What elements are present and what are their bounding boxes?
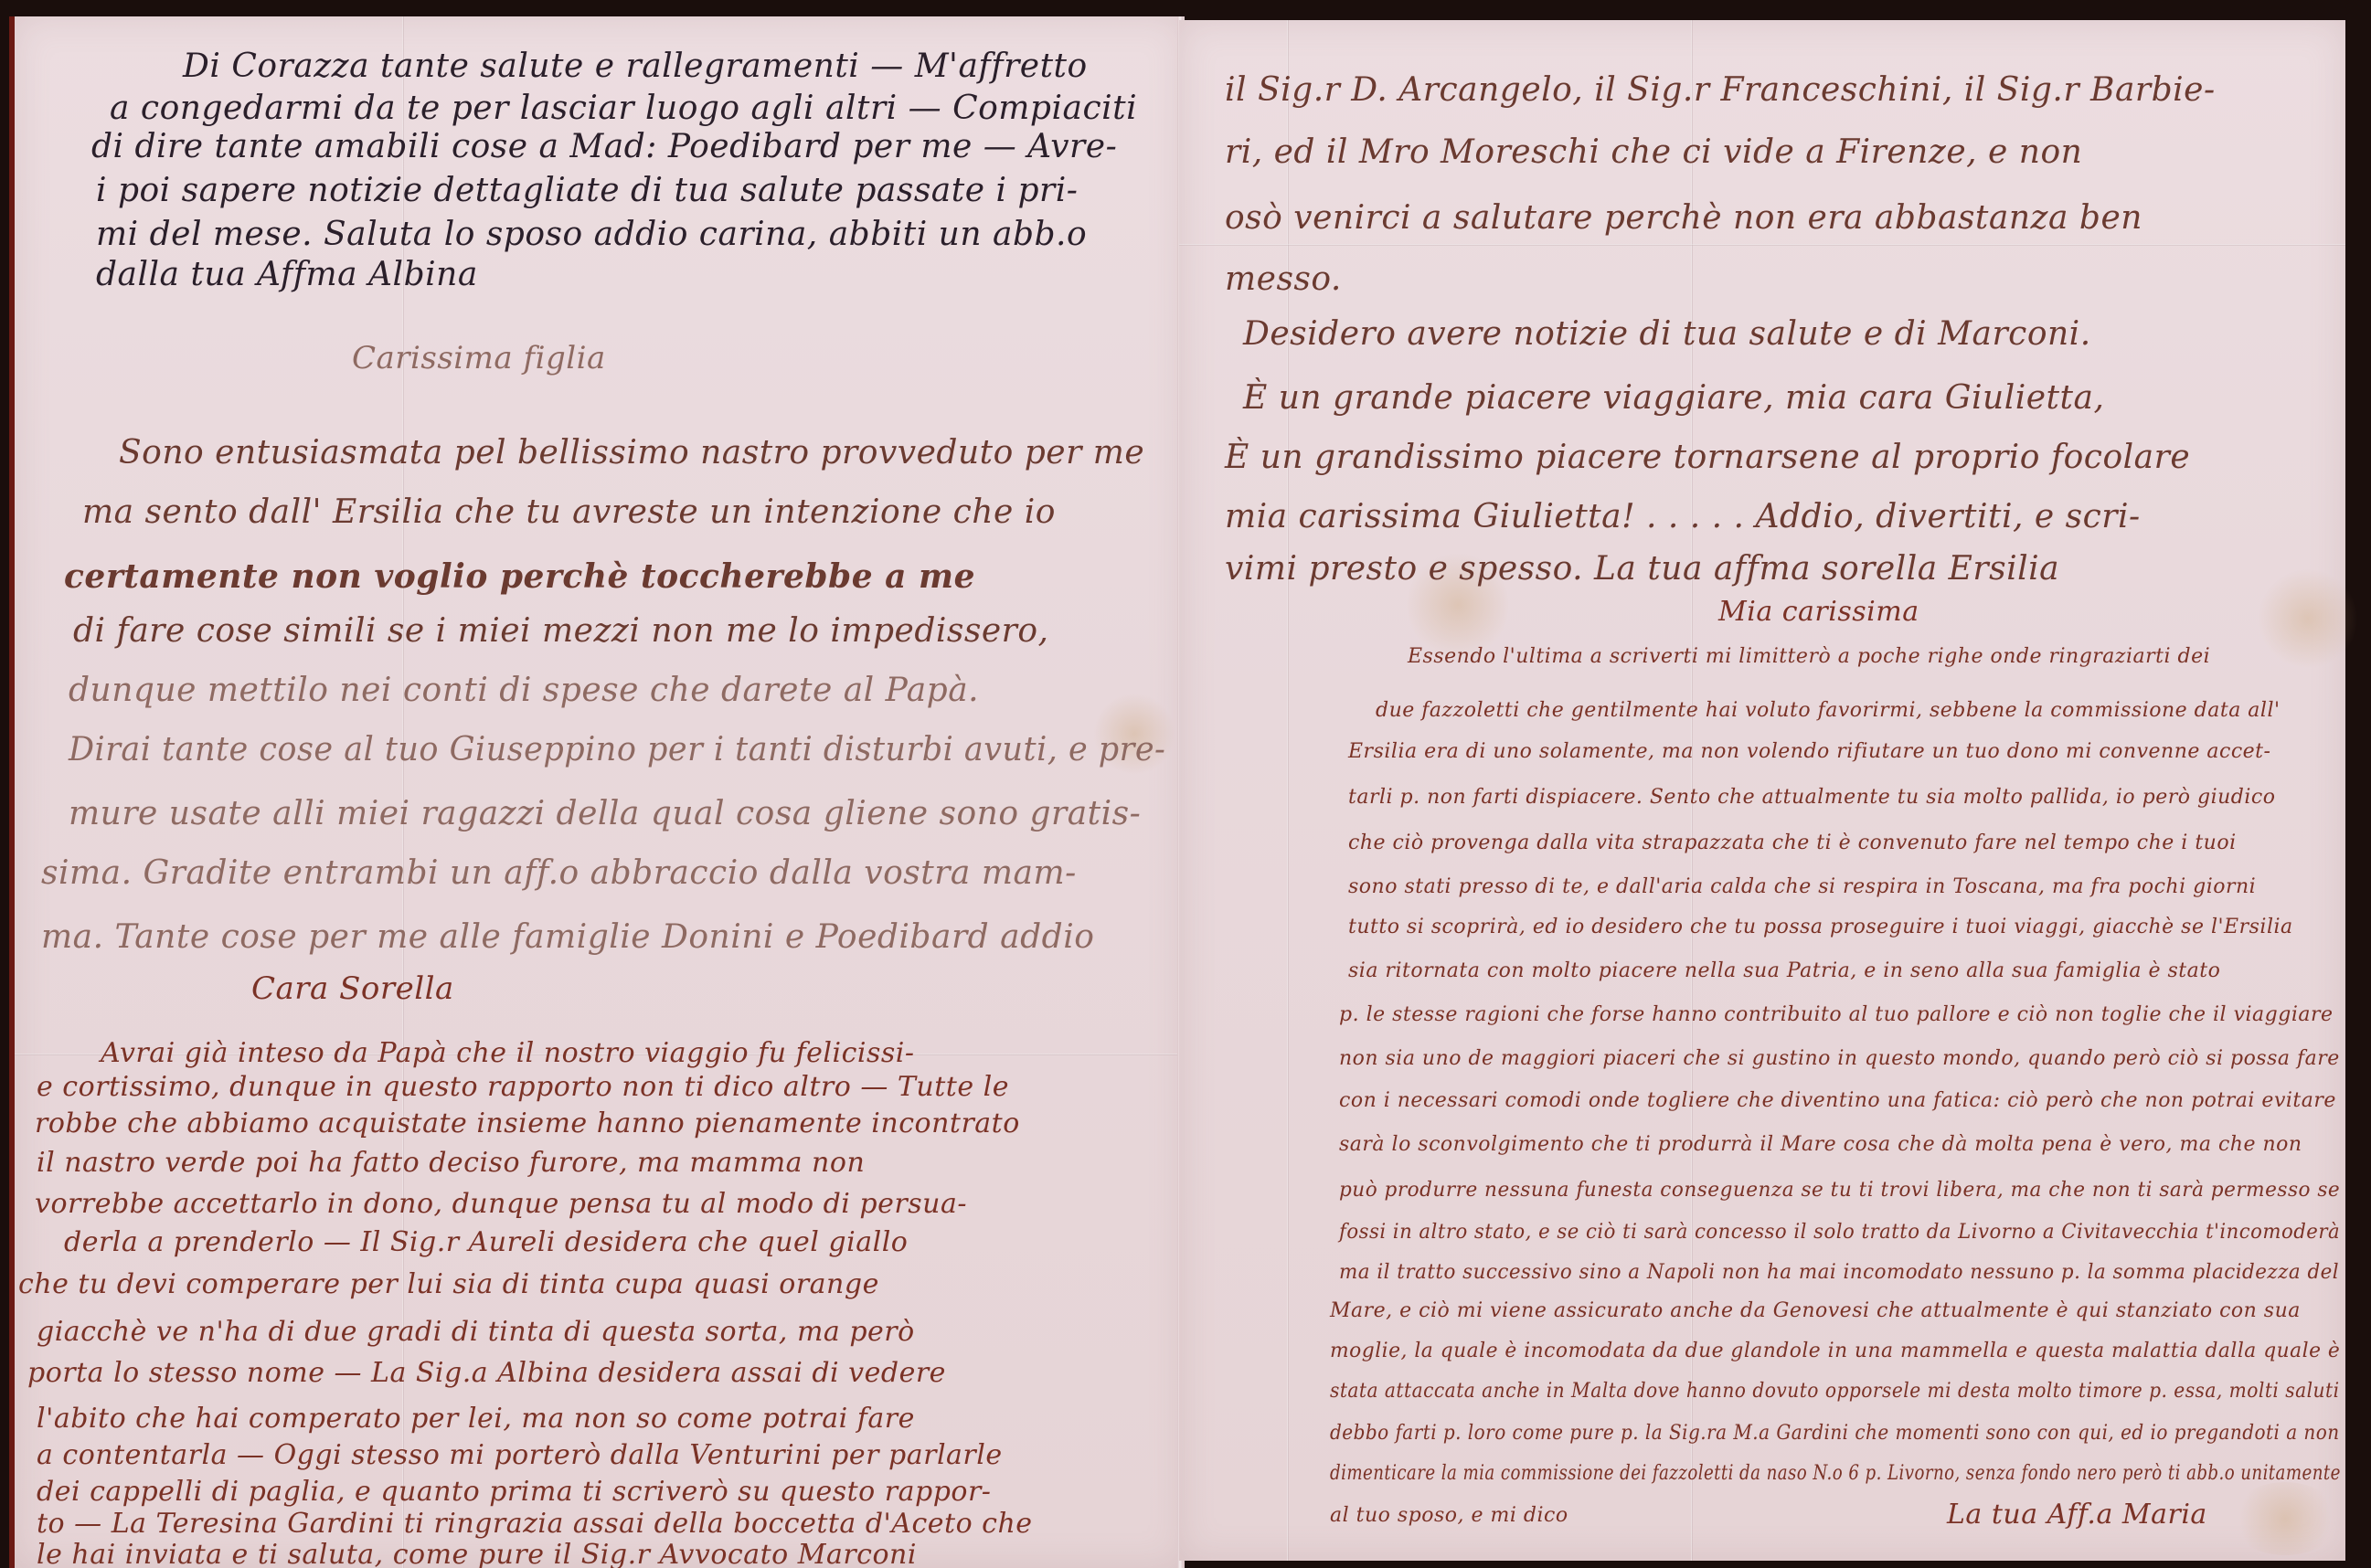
text-line: ri, ed il Mro Moreschi che ci vide a Fir… (1225, 133, 2082, 171)
text-line: Essendo l'ultima a scriverti mi limitter… (1408, 645, 2210, 668)
text-line: È un grandissimo piacere tornarsene al p… (1225, 439, 2190, 476)
text-line: sia ritornata con molto piacere nella su… (1348, 959, 2220, 982)
text-line: robbe che abbiamo acquistate insieme han… (35, 1107, 1020, 1139)
text-line: dei cappelli di paglia, e quanto prima t… (37, 1476, 991, 1508)
text-line: al tuo sposo, e mi dico (1330, 1504, 1568, 1527)
text-line: vimi presto e spesso. La tua affma sorel… (1225, 550, 2059, 588)
text-line: mia carissima Giulietta! . . . . . Addio… (1225, 498, 2141, 535)
text-line: debbo farti p. loro come pure p. la Sig.… (1330, 1422, 2340, 1445)
text-line: giacchè ve n'ha di due gradi di tinta di… (37, 1316, 915, 1348)
text-line: a congedarmi da te per lasciar luogo agl… (110, 90, 1137, 127)
text-line: p. le stesse ragioni che forse hanno con… (1339, 1003, 2334, 1026)
text-line: sono stati presso di te, e dall'aria cal… (1348, 875, 2256, 898)
text-line: di dire tante amabili cose a Mad: Poedib… (91, 128, 1117, 165)
text-line: mi del mese. Saluta lo sposo addio carin… (96, 216, 1087, 253)
text-line: sima. Gradite entrambi un aff.o abbracci… (41, 854, 1077, 892)
text-line: Dirai tante cose al tuo Giuseppino per i… (69, 731, 1165, 768)
text-line: osò venirci a salutare perchè non era ab… (1225, 199, 2142, 237)
text-line: con i necessari comodi onde togliere che… (1339, 1089, 2336, 1112)
text-line: È un grande piacere viaggiare, mia cara … (1243, 379, 2104, 417)
text-line: Ersilia era di uno solamente, ma non vol… (1348, 740, 2270, 763)
text-line: sarà lo sconvolgimento che ti produrrà i… (1339, 1133, 2302, 1156)
text-line: i poi sapere notizie dettagliate di tua … (96, 172, 1078, 209)
text-line: stata attaccata anche in Malta dove hann… (1330, 1380, 2339, 1403)
text-line: Desidero avere notizie di tua salute e d… (1243, 315, 2091, 353)
text-line: certamente non voglio perchè toccherebbe… (64, 557, 975, 596)
text-line: porta lo stesso nome — La Sig.a Albina d… (27, 1357, 946, 1389)
text-line: Sono entusiasmata pel bellissimo nastro … (119, 434, 1144, 471)
text-line: Mare, e ciò mi viene assicurato anche da… (1330, 1299, 2301, 1322)
text-line: ma. Tante cose per me alle famiglie Doni… (41, 918, 1094, 956)
fold-line (1287, 20, 1289, 1561)
salutation: Mia carissima (1718, 596, 1919, 628)
text-line: ma il tratto successivo sino a Napoli no… (1339, 1261, 2339, 1284)
text-line: tarli p. non farti dispiacere. Sento che… (1348, 786, 2275, 809)
text-line: il Sig.r D. Arcangelo, il Sig.r Francesc… (1225, 71, 2216, 109)
text-line: dimenticare la mia commissione dei fazzo… (1330, 1462, 2341, 1485)
paper-stain (2258, 568, 2358, 669)
text-line: di fare cose simili se i miei mezzi non … (73, 612, 1048, 650)
text-line: il nastro verde poi ha fatto deciso furo… (37, 1147, 865, 1179)
text-line: ma sento dall' Ersilia che tu avreste un… (82, 493, 1056, 531)
signature-maria: La tua Aff.a Maria (1947, 1499, 2207, 1531)
text-line: dunque mettilo nei conti di spese che da… (69, 672, 979, 709)
text-line: derla a prenderlo — Il Sig.r Aureli desi… (64, 1226, 908, 1258)
text-line: vorrebbe accettarlo in dono, dunque pens… (35, 1188, 967, 1220)
salutation: Cara Sorella (251, 970, 454, 1007)
text-line: tutto si scoprirà, ed io desidero che tu… (1348, 916, 2293, 938)
fold-line (1179, 244, 2345, 246)
text-line: moglie, la quale è incomodata da due gla… (1330, 1340, 2340, 1362)
text-line: to — La Teresina Gardini ti ringrazia as… (37, 1508, 1033, 1540)
text-line: mure usate alli miei ragazzi della qual … (69, 795, 1141, 832)
text-line: Di Corazza tante salute e rallegramenti … (183, 48, 1088, 85)
text-line: non sia uno de maggiori piaceri che si g… (1339, 1047, 2340, 1070)
text-line: messo. (1225, 260, 1342, 298)
text-line: Avrai già inteso da Papà che il nostro v… (101, 1037, 915, 1069)
paper-stain (2230, 1482, 2340, 1555)
text-line: fossi in altro stato, e se ciò ti sarà c… (1339, 1221, 2340, 1244)
text-line: a contentarla — Oggi stesso mi porterò d… (37, 1439, 1003, 1471)
text-line: e cortissimo, dunque in questo rapporto … (37, 1071, 1009, 1103)
letter-photo: Di Corazza tante salute e rallegramenti … (0, 0, 2371, 1568)
signature-albina: dalla tua Affma Albina (96, 256, 478, 293)
text-line: l'abito che hai comperato per lei, ma no… (37, 1403, 915, 1435)
text-line: le hai inviata e ti saluta, come pure il… (37, 1539, 917, 1568)
text-line: due fazzoletti che gentilmente hai volut… (1376, 699, 2281, 722)
text-line: può produrre nessuna funesta conseguenza… (1339, 1179, 2340, 1202)
text-line: che ciò provenga dalla vita strapazzata … (1348, 832, 2237, 854)
salutation: Carissima figlia (352, 340, 606, 376)
text-line: che tu devi comperare per lui sia di tin… (18, 1268, 879, 1300)
